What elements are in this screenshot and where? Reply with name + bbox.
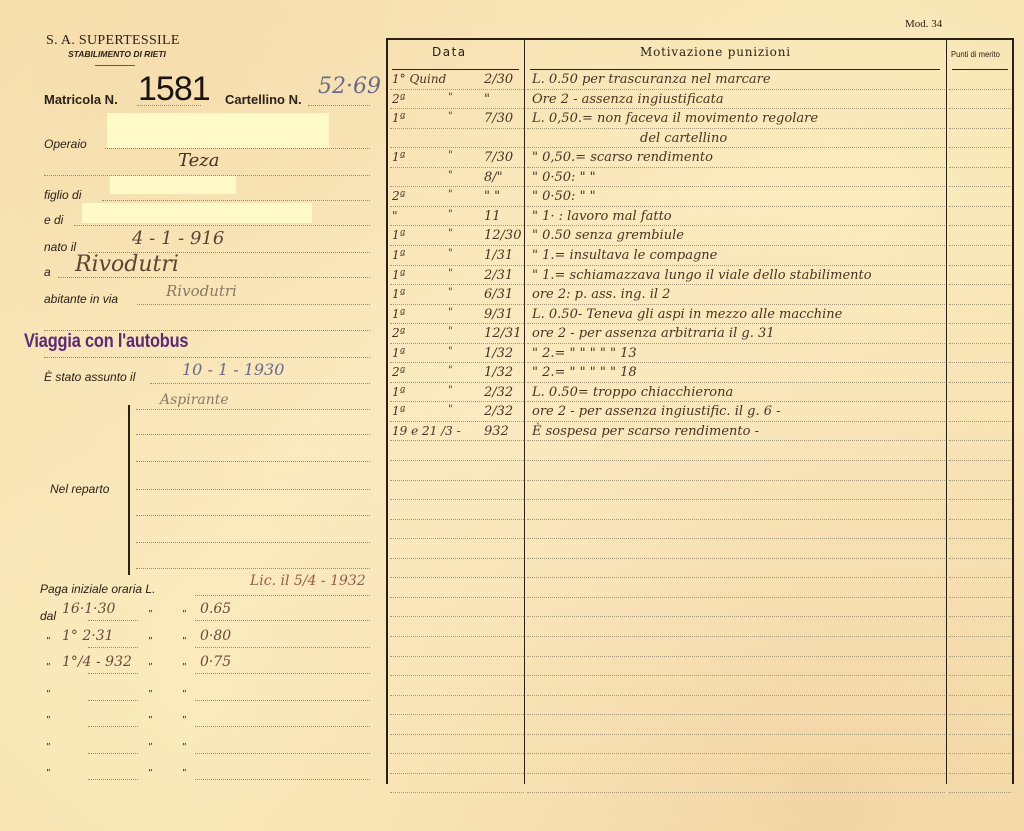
ruled-line xyxy=(949,265,1011,266)
ruled-line xyxy=(949,421,1011,422)
row-ditto: " xyxy=(448,92,453,103)
dotted-line xyxy=(195,673,370,674)
ditto-mark: " xyxy=(182,689,186,700)
abitante-value: Rivodutri xyxy=(166,282,237,300)
ruled-line xyxy=(527,734,945,735)
assunto-label: È stato assunto il xyxy=(44,370,135,384)
ditto-mark: " xyxy=(46,742,50,753)
ruled-line xyxy=(527,695,945,696)
ruled-line xyxy=(390,714,524,715)
row-day: 1ª xyxy=(392,346,405,360)
row-reason: L. 0.50- Teneva gli aspi in mezzo alle m… xyxy=(532,307,842,322)
dotted-line xyxy=(195,620,370,621)
ditto-mark: " xyxy=(148,609,152,620)
ruled-line xyxy=(390,401,524,402)
ruled-line xyxy=(949,480,1011,481)
dotted-line xyxy=(195,779,370,780)
row-reason: " 0·50: " " xyxy=(532,189,596,204)
ruled-line xyxy=(527,636,945,637)
ruled-line xyxy=(390,343,524,344)
matricola-value: 1581 xyxy=(138,70,210,109)
cartellino-label: Cartellino N. xyxy=(225,92,302,107)
row-date: 2/31 xyxy=(484,268,513,283)
ruled-line xyxy=(949,695,1011,696)
ruled-line xyxy=(390,206,524,207)
row-ditto: " xyxy=(448,248,453,259)
ruled-line xyxy=(949,362,1011,363)
ditto-mark: " xyxy=(182,742,186,753)
ruled-line xyxy=(527,499,945,500)
ruled-line xyxy=(949,284,1011,285)
row-reason: " 0·50: " " xyxy=(532,170,596,185)
row-reason: " 0,50.= scarso rendimento xyxy=(532,150,713,165)
row-reason: " 1.= schiamazzava lungo il viale dello … xyxy=(532,268,872,283)
dal-label: dal xyxy=(40,609,56,623)
row-ditto: " xyxy=(448,268,453,279)
redacted-mother xyxy=(82,203,312,223)
ruled-line xyxy=(527,656,945,657)
ruled-line xyxy=(390,558,524,559)
ruled-line xyxy=(390,519,524,520)
ruled-line xyxy=(390,440,524,441)
ditto-mark: " xyxy=(148,636,152,647)
ruled-line xyxy=(390,656,524,657)
ruled-line xyxy=(390,245,524,246)
ruled-line xyxy=(527,480,945,481)
ruled-line xyxy=(949,382,1011,383)
ruled-line xyxy=(527,206,945,207)
row-reason: " 2.= " " " " " 13 xyxy=(532,346,637,361)
ditto-mark: " xyxy=(148,662,152,673)
ruled-line xyxy=(949,753,1011,754)
row-date: 12/30 xyxy=(484,228,521,243)
column-header-punti: Punti di merito xyxy=(951,49,1000,59)
ruled-line xyxy=(527,558,945,559)
dotted-line xyxy=(88,620,138,621)
ruled-line xyxy=(390,128,524,129)
ruled-line xyxy=(390,480,524,481)
dotted-line xyxy=(88,753,138,754)
ruled-line xyxy=(949,636,1011,637)
row-date: 6/31 xyxy=(484,287,513,302)
ruled-line xyxy=(527,362,945,363)
row-day: 2ª xyxy=(392,326,405,340)
dotted-line xyxy=(195,753,370,754)
ditto-mark: " xyxy=(46,768,50,779)
row-day: 2ª xyxy=(392,92,405,106)
ruled-line xyxy=(390,636,524,637)
ditto-mark: " xyxy=(182,609,186,620)
operaio-label: Operaio xyxy=(44,137,87,151)
row-day: 1ª xyxy=(392,248,405,262)
row-day: 1ª xyxy=(392,228,405,242)
header-rule xyxy=(952,69,1008,70)
ruled-line xyxy=(390,186,524,187)
ditto-mark: " xyxy=(182,715,186,726)
ruled-line xyxy=(949,440,1011,441)
row-date: 1/31 xyxy=(484,248,513,263)
ruled-line xyxy=(949,401,1011,402)
ruled-line xyxy=(527,401,945,402)
row-reason: " 1· : lavoro mal fatto xyxy=(532,209,672,224)
pay-date: 1° 2·31 xyxy=(62,628,114,644)
row-day: 19 e 21 /3 - xyxy=(392,424,461,438)
ruled-line xyxy=(949,675,1011,676)
redacted-surname xyxy=(107,113,329,148)
ruled-line xyxy=(527,382,945,383)
paga-label: Paga iniziale oraria L. xyxy=(40,582,155,596)
ruled-line xyxy=(527,147,945,148)
ruled-line xyxy=(949,773,1011,774)
matricola-label: Matricola N. xyxy=(44,92,118,107)
row-reason: L. 0.50 per trascuranza nel marcare xyxy=(532,72,771,87)
pay-date: 1°/4 - 932 xyxy=(62,654,132,670)
row-day: 1° Quind xyxy=(392,72,446,86)
licenziato-note: Lic. il 5/4 - 1932 xyxy=(250,573,366,589)
header-rule xyxy=(392,69,519,70)
ditto-mark: " xyxy=(148,689,152,700)
ruled-line xyxy=(949,597,1011,598)
ditto-mark: " xyxy=(46,662,50,673)
ruled-line xyxy=(949,147,1011,148)
plant-name: STABILIMENTO DI RIETI xyxy=(68,49,166,59)
luogo-value: Rivodutri xyxy=(75,252,179,277)
row-day: 1ª xyxy=(392,385,405,399)
form-code: Mod. 34 xyxy=(905,18,942,30)
ditto-mark: " xyxy=(148,768,152,779)
row-reason: Ore 2 - assenza ingiustificata xyxy=(532,92,724,107)
ruled-line xyxy=(527,753,945,754)
ruled-line xyxy=(949,558,1011,559)
nato-value: 4 - 1 - 916 xyxy=(132,228,224,249)
dotted-line xyxy=(88,726,138,727)
col-divider-punti xyxy=(946,38,947,784)
ruled-line xyxy=(527,616,945,617)
row-date: 11 xyxy=(484,209,501,224)
row-date: " xyxy=(484,92,490,107)
ruled-line xyxy=(527,597,945,598)
row-ditto: " xyxy=(448,228,453,239)
ruled-line xyxy=(949,499,1011,500)
ruled-line xyxy=(527,186,945,187)
ruled-line xyxy=(390,695,524,696)
nato-label: nato il xyxy=(44,240,76,254)
company-name: S. A. SUPERTESSILE xyxy=(46,33,180,49)
ruled-line xyxy=(527,792,945,793)
ruled-line xyxy=(949,616,1011,617)
pay-rate: 0·80 xyxy=(200,628,231,644)
row-date: 2/32 xyxy=(484,404,513,419)
row-date: 7/30 xyxy=(484,150,513,165)
ruled-line xyxy=(949,792,1011,793)
row-ditto: " xyxy=(448,287,453,298)
ruled-line xyxy=(390,167,524,168)
ruled-line xyxy=(949,519,1011,520)
ruled-line xyxy=(390,284,524,285)
ruled-line xyxy=(390,89,524,90)
row-day: " xyxy=(392,209,398,223)
ditto-mark: " xyxy=(46,636,50,647)
column-header-data: Data xyxy=(432,45,467,59)
ruled-line xyxy=(527,460,945,461)
ruled-line xyxy=(390,323,524,324)
row-ditto: " xyxy=(448,365,453,376)
operaio-value: Teza xyxy=(178,150,219,171)
row-day: 1ª xyxy=(392,111,405,125)
reparto-brace xyxy=(128,405,134,575)
ditto-mark: " xyxy=(182,662,186,673)
ruled-line xyxy=(390,225,524,226)
ruled-line xyxy=(390,538,524,539)
dotted-line xyxy=(195,726,370,727)
row-date: 932 xyxy=(484,424,509,439)
ditto-mark: " xyxy=(148,742,152,753)
ruled-line xyxy=(390,382,524,383)
ruled-line xyxy=(527,323,945,324)
ruled-line xyxy=(527,245,945,246)
ruled-line xyxy=(949,128,1011,129)
ditto-mark: " xyxy=(148,715,152,726)
dotted-line xyxy=(88,700,138,701)
figlio-label: figlio di xyxy=(44,188,81,202)
column-header-motivazione: Motivazione punizioni xyxy=(640,45,791,59)
ruled-line xyxy=(949,343,1011,344)
ruled-line xyxy=(390,460,524,461)
ruled-line xyxy=(390,734,524,735)
row-day: 1ª xyxy=(392,150,405,164)
redacted-father xyxy=(110,176,236,194)
ruled-line xyxy=(390,265,524,266)
ruled-line xyxy=(527,519,945,520)
ruled-line xyxy=(390,499,524,500)
row-date: 2/30 xyxy=(484,72,513,87)
ruled-line xyxy=(949,734,1011,735)
ruled-line xyxy=(390,675,524,676)
row-date: 9/31 xyxy=(484,307,513,322)
row-reason: " 0.50 senza grembiule xyxy=(532,228,684,243)
ruled-line xyxy=(949,304,1011,305)
row-ditto: " xyxy=(448,111,453,122)
ruled-line xyxy=(949,167,1011,168)
row-day: 1ª xyxy=(392,307,405,321)
pay-date: 16·1·30 xyxy=(62,601,115,617)
ruled-line xyxy=(390,362,524,363)
header-rule xyxy=(530,69,940,70)
ruled-line xyxy=(527,538,945,539)
row-day: 2ª xyxy=(392,189,405,203)
row-ditto: " xyxy=(448,170,453,181)
row-date: 12/31 xyxy=(484,326,521,341)
row-day: 1ª xyxy=(392,404,405,418)
row-day: 1ª xyxy=(392,287,405,301)
row-ditto: " xyxy=(448,404,453,415)
ruled-line xyxy=(949,186,1011,187)
row-reason: ore 2 - per assenza arbitraria il g. 31 xyxy=(532,326,775,341)
ornament-divider xyxy=(95,65,135,66)
dotted-line xyxy=(88,673,138,674)
row-ditto: " xyxy=(448,307,453,318)
row-ditto: " xyxy=(448,150,453,161)
ruled-line xyxy=(527,108,945,109)
dotted-line xyxy=(195,700,370,701)
row-date: 8/" xyxy=(484,170,503,185)
dotted-line xyxy=(88,647,138,648)
ruled-line xyxy=(949,714,1011,715)
row-date: 1/32 xyxy=(484,365,513,380)
ruled-line xyxy=(527,128,945,129)
row-reason: ore 2 - per assenza ingiustific. il g. 6… xyxy=(532,404,781,419)
ruled-line xyxy=(390,147,524,148)
ruled-line xyxy=(949,245,1011,246)
luogo-label: a xyxy=(44,265,51,279)
stamp-bus: Viaggia con l'autobus xyxy=(24,331,188,353)
row-day: 2ª xyxy=(392,365,405,379)
ruled-line xyxy=(527,440,945,441)
ruled-line xyxy=(949,89,1011,90)
ruled-line xyxy=(390,304,524,305)
ruled-line xyxy=(527,421,945,422)
row-reason: L. 0.50= troppo chiacchierona xyxy=(532,385,733,400)
pay-rate: 0.65 xyxy=(200,601,231,617)
ruled-line xyxy=(390,753,524,754)
row-reason: del cartellino xyxy=(640,131,727,146)
assunto-note: Aspirante xyxy=(160,392,229,408)
row-date: 1/32 xyxy=(484,346,513,361)
row-ditto: " xyxy=(448,189,453,200)
cartellino-value: 52·69 xyxy=(318,74,381,99)
dotted-line xyxy=(195,647,370,648)
ruled-line xyxy=(390,773,524,774)
ruled-line xyxy=(527,284,945,285)
row-day: 1ª xyxy=(392,268,405,282)
ruled-line xyxy=(949,460,1011,461)
ruled-line xyxy=(527,167,945,168)
ditto-mark: " xyxy=(182,768,186,779)
row-ditto: " xyxy=(448,385,453,396)
ruled-line xyxy=(527,304,945,305)
ruled-line xyxy=(390,616,524,617)
row-reason: " 2.= " " " " " 18 xyxy=(532,365,637,380)
ruled-line xyxy=(527,714,945,715)
ruled-line xyxy=(390,792,524,793)
assunto-value: 10 - 1 - 1930 xyxy=(182,360,284,379)
row-date: " " xyxy=(484,189,500,204)
ruled-line xyxy=(390,108,524,109)
ditto-mark: " xyxy=(46,689,50,700)
ruled-line xyxy=(949,323,1011,324)
ruled-line xyxy=(390,597,524,598)
row-ditto: " xyxy=(448,346,453,357)
row-date: 2/32 xyxy=(484,385,513,400)
row-ditto: " xyxy=(448,209,453,220)
ditto-mark: " xyxy=(182,636,186,647)
ruled-line xyxy=(949,206,1011,207)
row-reason: ore 2: p. ass. ing. il 2 xyxy=(532,287,670,302)
ditto-mark: " xyxy=(46,715,50,726)
abitante-label: abitante in via xyxy=(44,292,118,306)
ruled-line xyxy=(949,538,1011,539)
dotted-line xyxy=(88,779,138,780)
ruled-line xyxy=(949,656,1011,657)
row-ditto: " xyxy=(448,326,453,337)
ruled-line xyxy=(527,343,945,344)
ruled-line xyxy=(527,773,945,774)
row-reason: L. 0,50.= non faceva il movimento regola… xyxy=(532,111,818,126)
ruled-line xyxy=(527,577,945,578)
ruled-line xyxy=(527,675,945,676)
ruled-line xyxy=(949,577,1011,578)
ruled-line xyxy=(949,225,1011,226)
ruled-line xyxy=(527,89,945,90)
col-divider-data xyxy=(524,38,525,784)
row-date: 7/30 xyxy=(484,111,513,126)
reparto-label: Nel reparto xyxy=(50,482,109,496)
ruled-line xyxy=(390,577,524,578)
ruled-line xyxy=(527,265,945,266)
edi-label: e di xyxy=(44,213,63,227)
ruled-line xyxy=(527,225,945,226)
ruled-line xyxy=(949,108,1011,109)
ruled-line xyxy=(390,421,524,422)
pay-rate: 0·75 xyxy=(200,654,231,670)
row-reason: " 1.= insultava le compagne xyxy=(532,248,717,263)
row-reason: È sospesa per scarso rendimento - xyxy=(532,424,759,439)
